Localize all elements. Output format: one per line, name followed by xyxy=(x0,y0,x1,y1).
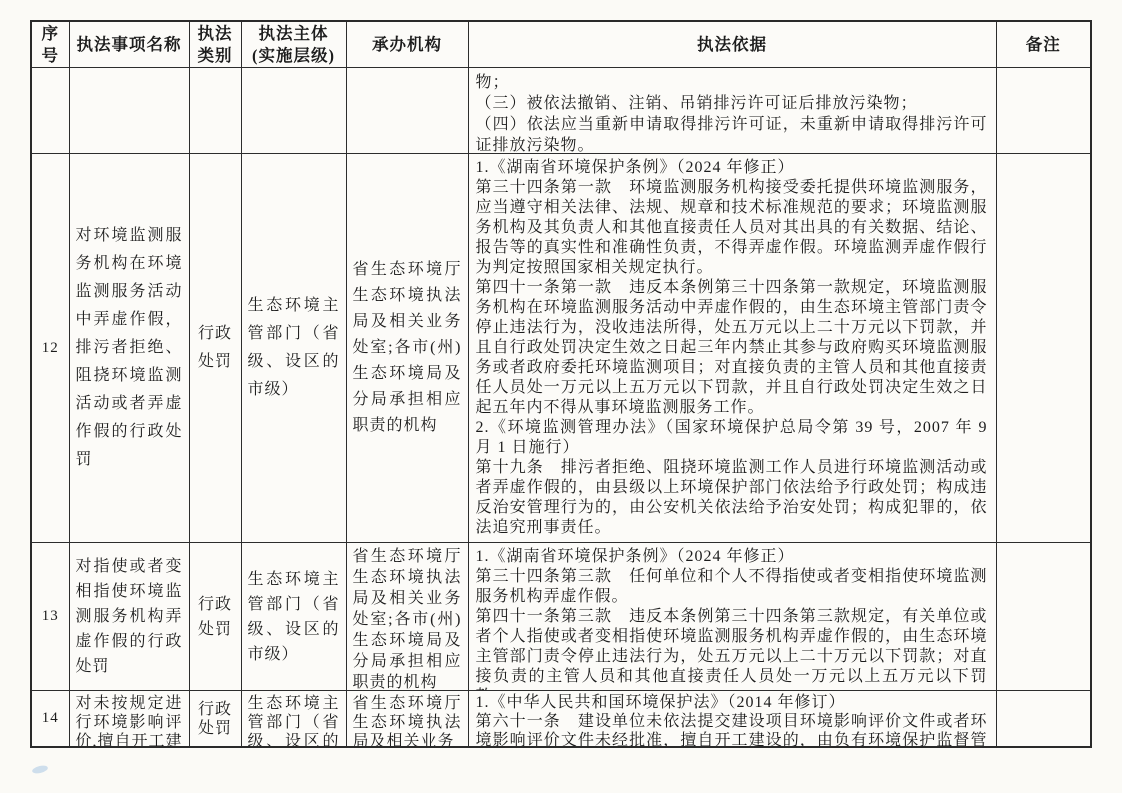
note-cell xyxy=(996,68,1091,154)
col-header-note: 备注 xyxy=(996,21,1091,68)
subject-cell: 生态环境主管部门（省级、设区的市级） xyxy=(241,543,346,691)
item-name-cell xyxy=(69,68,189,154)
category-cell: 行政处罚 xyxy=(189,154,241,543)
category-cell xyxy=(189,68,241,154)
basis-cell: 物； （三）被依法撤销、注销、吊销排污许可证后排放污染物； （四）依法应当重新申… xyxy=(468,68,996,154)
item-name-cell: 对环境监测服务机构在环境监测服务活动中弄虚作假，排污者拒绝、阻挠环境监测活动或者… xyxy=(69,154,189,543)
col-header-seq: 序号 xyxy=(31,21,69,68)
item-name-cell: 对未按规定进行环境影响评价,擅自开工建 xyxy=(69,691,189,748)
item-name-cell: 对指使或者变相指使环境监测服务机构弄虚作假的行政处罚 xyxy=(69,543,189,691)
scanned-document-page: 序号 执法事项名称 执法类别 执法主体(实施层级) 承办机构 执法依据 备注 物… xyxy=(0,0,1122,793)
col-header-category: 执法类别 xyxy=(189,21,241,68)
basis-cell: 1.《中华人民共和国环境保护法》（2014 年修订） 第六十一条 建设单位未依法… xyxy=(468,691,996,748)
col-header-basis: 执法依据 xyxy=(468,21,996,68)
agency-cell: 省生态环境厅生态环境执法局及相关业务 xyxy=(346,691,468,748)
agency-cell xyxy=(346,68,468,154)
category-cell: 行政处罚 xyxy=(189,543,241,691)
subject-cell: 生态环境主管部门（省级、设区的市级） xyxy=(241,154,346,543)
table-row-12: 12 对环境监测服务机构在环境监测服务活动中弄虚作假，排污者拒绝、阻挠环境监测活… xyxy=(31,154,1091,543)
table-row-continuation: 物； （三）被依法撤销、注销、吊销排污许可证后排放污染物； （四）依法应当重新申… xyxy=(31,68,1091,154)
note-cell xyxy=(996,154,1091,543)
basis-cell: 1.《湖南省环境保护条例》（2024 年修正） 第三十四条第一款 环境监测服务机… xyxy=(468,154,996,543)
subject-cell: 生态环境主管部门（省级、设区的市 xyxy=(241,691,346,748)
subject-cell xyxy=(241,68,346,154)
note-cell xyxy=(996,691,1091,748)
seq-cell: 12 xyxy=(31,154,69,543)
basis-cell: 1.《湖南省环境保护条例》（2024 年修正） 第三十四条第三款 任何单位和个人… xyxy=(468,543,996,691)
agency-cell: 省生态环境厅生态环境执法局及相关业务处室;各市(州)生态环境局及分局承担相应职责… xyxy=(346,154,468,543)
table-header-row: 序号 执法事项名称 执法类别 执法主体(实施层级) 承办机构 执法依据 备注 xyxy=(31,21,1091,68)
note-cell xyxy=(996,543,1091,691)
agency-cell: 省生态环境厅生态环境执法局及相关业务处室;各市(州)生态环境局及分局承担相应职责… xyxy=(346,543,468,691)
seq-cell: 14 xyxy=(31,691,69,748)
seq-cell: 13 xyxy=(31,543,69,691)
col-header-subject: 执法主体(实施层级) xyxy=(241,21,346,68)
col-header-item-name: 执法事项名称 xyxy=(69,21,189,68)
table-row-13: 13 对指使或者变相指使环境监测服务机构弄虚作假的行政处罚 行政处罚 生态环境主… xyxy=(31,543,1091,691)
seq-cell xyxy=(31,68,69,154)
enforcement-items-table: 序号 执法事项名称 执法类别 执法主体(实施层级) 承办机构 执法依据 备注 物… xyxy=(30,20,1092,748)
table-row-14: 14 对未按规定进行环境影响评价,擅自开工建 行政处罚 生态环境主管部门（省级、… xyxy=(31,691,1091,748)
category-cell: 行政处罚 xyxy=(189,691,241,748)
col-header-agency: 承办机构 xyxy=(346,21,468,68)
scan-artifact xyxy=(31,764,48,775)
